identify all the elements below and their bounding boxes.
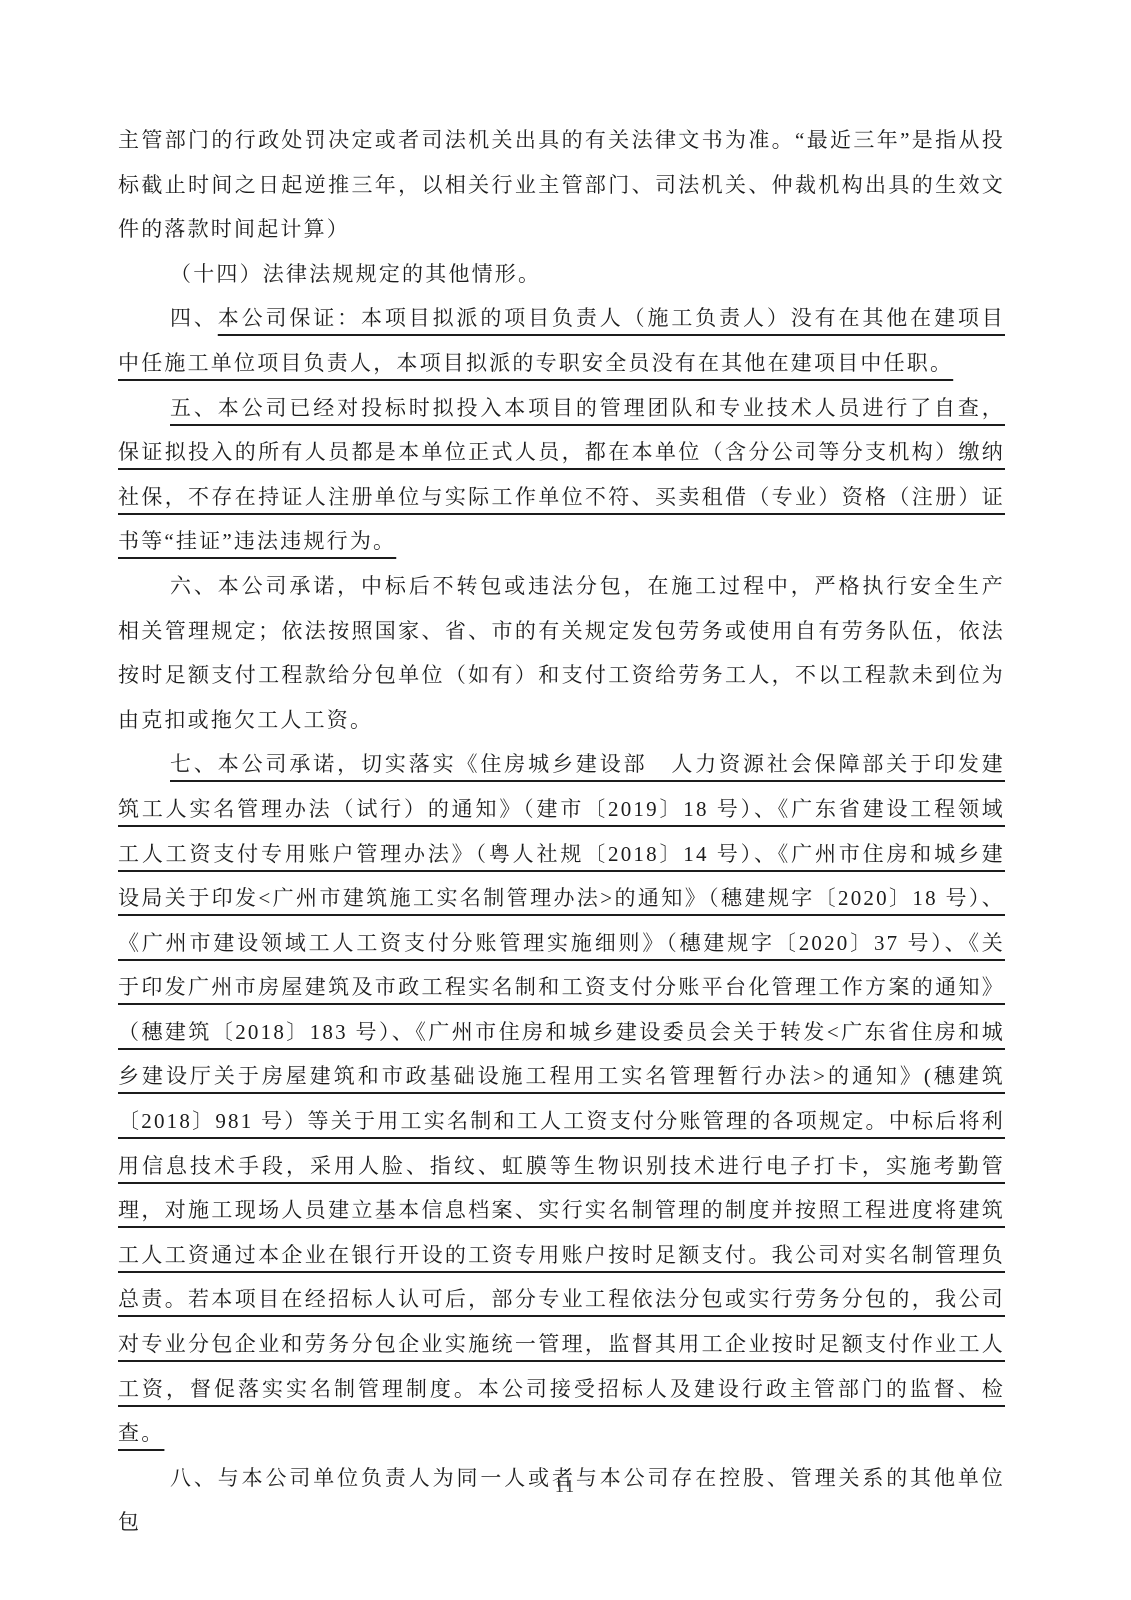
paragraph-clause-seven: 七、本公司承诺，切实落实《住房城乡建设部 人力资源社会保障部关于印发建筑工人实名…: [118, 742, 1005, 1456]
clause-four-number: 四、: [170, 306, 218, 330]
paragraph-clause-five: 五、本公司已经对投标时拟投入本项目的管理团队和专业技术人员进行了自查，保证拟投入…: [118, 386, 1005, 564]
paragraph-clause-six: 六、本公司承诺，中标后不转包或违法分包，在施工过程中，严格执行安全生产相关管理规…: [118, 564, 1005, 742]
paragraph-clause-eight: 八、与本公司单位负责人为同一人或者与本公司存在控股、管理关系的其他单位包: [118, 1456, 1005, 1545]
paragraph-item-fourteen: （十四）法律法规规定的其他情形。: [118, 252, 1005, 297]
page-number: 11: [555, 1476, 576, 1496]
paragraph-clause-four: 四、本公司保证：本项目拟派的项目负责人（施工负责人）没有在其他在建项目中任施工单…: [118, 296, 1005, 385]
paragraph-continuation: 主管部门的行政处罚决定或者司法机关出具的有关法律文书为准。“最近三年”是指从投标…: [118, 118, 1005, 252]
document-body: 主管部门的行政处罚决定或者司法机关出具的有关法律文书为准。“最近三年”是指从投标…: [118, 118, 1005, 1545]
document-page: 主管部门的行政处罚决定或者司法机关出具的有关法律文书为准。“最近三年”是指从投标…: [0, 0, 1131, 1600]
clause-four-text: 本公司保证：本项目拟派的项目负责人（施工负责人）没有在其他在建项目中任施工单位项…: [118, 306, 1005, 375]
page-footer: 11: [0, 1476, 1131, 1497]
